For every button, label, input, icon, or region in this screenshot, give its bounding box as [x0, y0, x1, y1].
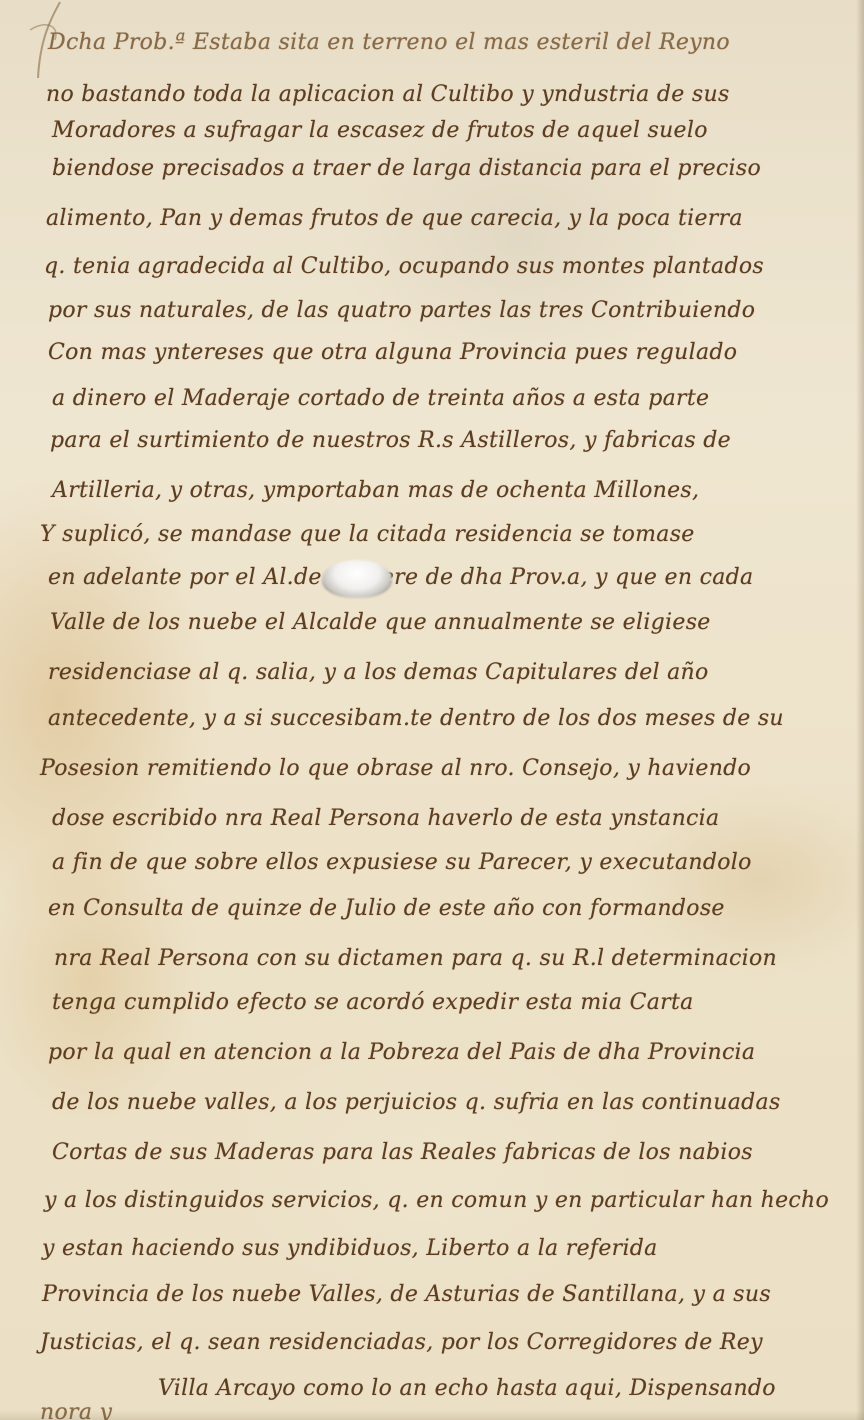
- manuscript-line: Y suplicó, se mandase que la citada resi…: [40, 522, 695, 547]
- manuscript-line: Moradores a sufragar la escasez de fruto…: [52, 118, 708, 143]
- manuscript-line: alimento, Pan y demas frutos de que care…: [46, 206, 743, 231]
- redaction-blur: [322, 560, 392, 598]
- manuscript-page: Dcha Prob.ª Estaba sita en terreno el ma…: [0, 0, 864, 1420]
- manuscript-line: Valle de los nuebe el Alcalde que annual…: [50, 610, 711, 635]
- manuscript-line: antecedente, y a si succesibam.te dentro…: [48, 706, 784, 731]
- manuscript-line: Provincia de los nuebe Valles, de Asturi…: [42, 1282, 771, 1307]
- page-edge: [0, 1410, 864, 1420]
- manuscript-line: Cortas de sus Maderas para las Reales fa…: [52, 1140, 753, 1165]
- manuscript-line: tenga cumplido efecto se acordó expedir …: [52, 990, 694, 1015]
- page-edge: [856, 0, 864, 1420]
- manuscript-line: q. tenia agradecida al Cultibo, ocupando…: [44, 254, 764, 279]
- manuscript-line: de los nuebe valles, a los perjuicios q.…: [52, 1090, 781, 1115]
- manuscript-line: para el surtimiento de nuestros R.s Asti…: [50, 428, 731, 453]
- manuscript-line: Justicias, el q. sean residenciadas, por…: [40, 1330, 763, 1355]
- manuscript-line: en Consulta de quinze de Julio de este a…: [48, 896, 725, 921]
- manuscript-line: a fin de que sobre ellos expusiese su Pa…: [52, 850, 752, 875]
- manuscript-line: Con mas yntereses que otra alguna Provin…: [48, 340, 737, 365]
- manuscript-line: a dinero el Maderaje cortado de treinta …: [52, 386, 709, 411]
- manuscript-line: en adelante por el Al.de q. fuere de dha…: [48, 565, 753, 590]
- manuscript-line: Artilleria, y otras, ymportaban mas de o…: [52, 478, 699, 503]
- manuscript-line: por la qual en atencion a la Pobreza del…: [48, 1040, 755, 1065]
- manuscript-line: dose escribido nra Real Persona haverlo …: [52, 806, 719, 831]
- manuscript-line: Villa Arcayo como lo an echo hasta aqui,…: [158, 1376, 776, 1401]
- manuscript-line: y estan haciendo sus yndibiduos, Liberto…: [42, 1236, 658, 1261]
- manuscript-line: y a los distinguidos servicios, q. en co…: [44, 1188, 829, 1213]
- manuscript-line: Dcha Prob.ª Estaba sita en terreno el ma…: [48, 30, 730, 55]
- manuscript-line: no bastando toda la aplicacion al Cultib…: [46, 82, 730, 107]
- manuscript-line: Posesion remitiendo lo que obrase al nro…: [40, 756, 751, 781]
- manuscript-line: residenciase al q. salia, y a los demas …: [48, 660, 709, 685]
- manuscript-line: nra Real Persona con su dictamen para q.…: [54, 946, 777, 971]
- manuscript-line: por sus naturales, de las quatro partes …: [48, 298, 755, 323]
- manuscript-line: biendose precisados a traer de larga dis…: [52, 156, 761, 181]
